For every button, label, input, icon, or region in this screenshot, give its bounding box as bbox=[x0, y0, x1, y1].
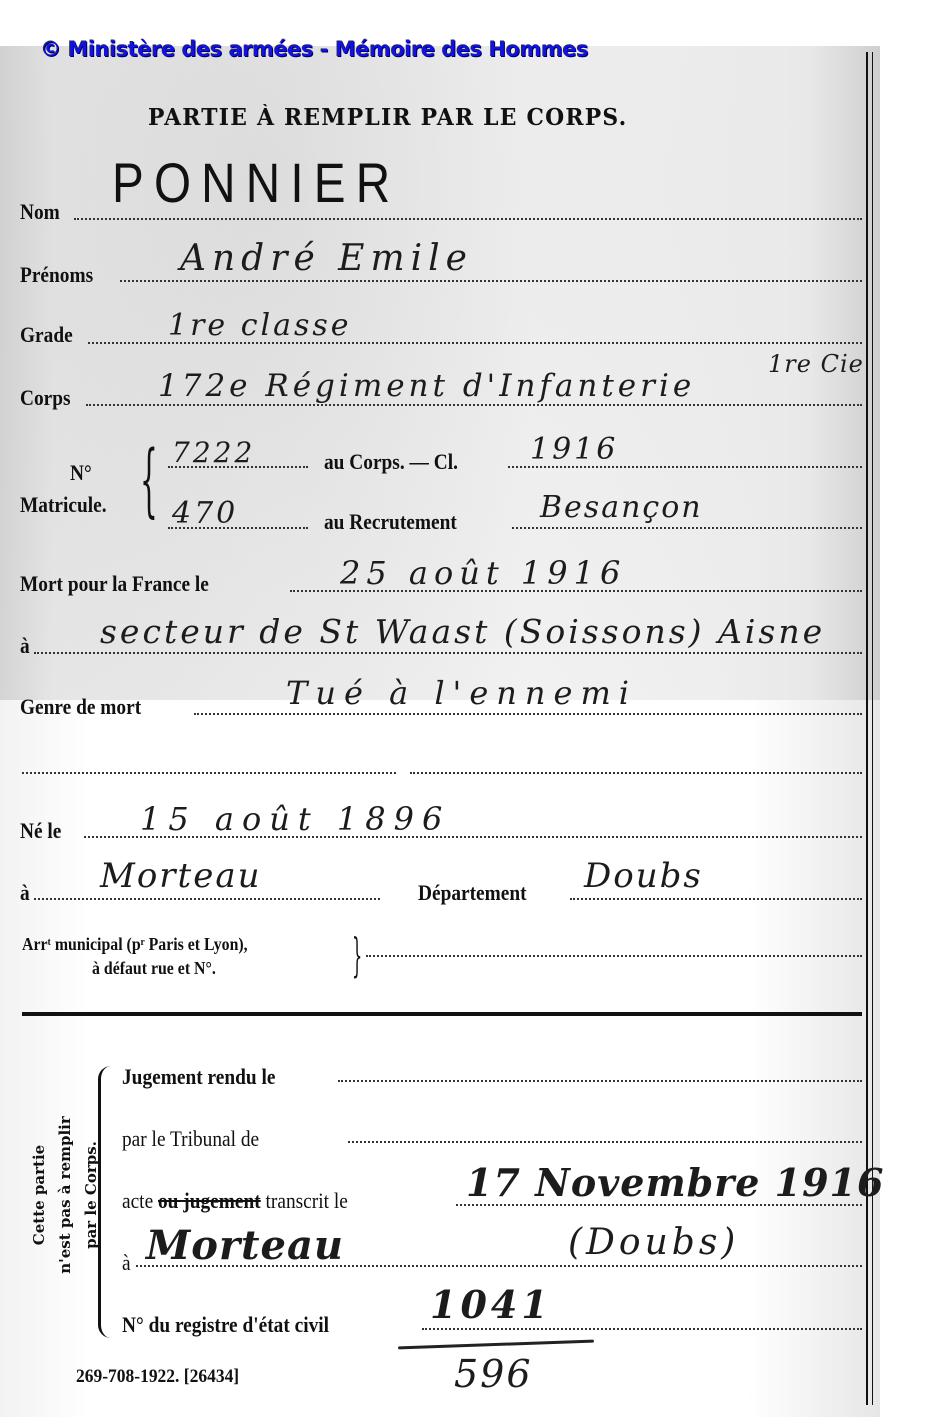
matricule-brace: { bbox=[140, 440, 158, 520]
ne-le-value: 15 août 1896 bbox=[140, 800, 450, 838]
matricule-corps-number: 7222 bbox=[172, 436, 255, 469]
form-heading: PARTIE À REMPLIR PAR LE CORPS. bbox=[148, 104, 628, 131]
matricule-recrutement-number: 470 bbox=[172, 496, 238, 531]
registre-dotted-line bbox=[422, 1328, 862, 1330]
prenoms-dotted-line bbox=[120, 280, 862, 282]
nom-dotted-line bbox=[74, 218, 862, 220]
ne-le-label: Né le bbox=[20, 818, 61, 844]
mort-date-label: Mort pour la France le bbox=[20, 571, 209, 597]
departement-label: Département bbox=[418, 880, 527, 906]
grade-value: 1re classe bbox=[168, 308, 352, 343]
jugement-dotted-line bbox=[338, 1080, 862, 1082]
mort-lieu-value: secteur de St Waast (Soissons) Aisne bbox=[100, 612, 825, 651]
acte-label-suffix: transcrit le bbox=[266, 1188, 348, 1213]
recrutement-dotted-line bbox=[512, 527, 862, 529]
tribunal-label: par le Tribunal de bbox=[122, 1126, 259, 1152]
acte-label: acte ou jugement transcrit le bbox=[122, 1188, 348, 1214]
recrutement-label: au Recrutement bbox=[324, 509, 457, 535]
side-note-line-2: n'est pas à remplir bbox=[52, 1080, 78, 1310]
acte-value: 17 Novembre 1916 bbox=[466, 1160, 884, 1205]
acte-label-prefix: acte bbox=[122, 1188, 153, 1213]
prenoms-value: André Emile bbox=[180, 238, 473, 279]
jugement-label: Jugement rendu le bbox=[122, 1064, 275, 1090]
departement-dotted-line bbox=[570, 898, 862, 900]
print-code: 269-708-1922. [26434] bbox=[76, 1366, 239, 1388]
arrondissement-label-line1: Arrᵗ municipal (pʳ Paris et Lyon), bbox=[22, 934, 248, 955]
corps-company-annotation: 1re Cie bbox=[768, 350, 864, 378]
civil-section-side-note: Cette partie n'est pas à remplir par le … bbox=[26, 1080, 104, 1310]
classe-value: 1916 bbox=[530, 432, 618, 467]
departement-value: Doubs bbox=[584, 856, 703, 896]
mort-lieu-label: à bbox=[20, 633, 30, 659]
nom-value: PONNIER bbox=[112, 150, 400, 215]
registre-label: N° du registre d'état civil bbox=[122, 1312, 329, 1338]
corps-dotted-line bbox=[86, 404, 862, 406]
mort-date-value: 25 août 1916 bbox=[340, 554, 626, 592]
matricule-label: Matricule. bbox=[20, 492, 107, 518]
corps-label: Corps bbox=[20, 385, 71, 411]
civil-section-bracket bbox=[98, 1066, 111, 1338]
nom-label: Nom bbox=[20, 199, 60, 225]
section-divider bbox=[22, 1012, 862, 1016]
copyright-watermark: © Ministère des armées - Mémoire des Hom… bbox=[40, 37, 588, 61]
matricule-label-no: N° bbox=[70, 460, 92, 486]
genre-mort-value: Tué à l'ennemi bbox=[286, 674, 637, 712]
mort-lieu-dotted-line bbox=[34, 652, 862, 654]
arrondissement-dotted-line bbox=[366, 955, 862, 957]
genre-mort-label: Genre de mort bbox=[20, 694, 141, 720]
lieu-label: à bbox=[122, 1250, 131, 1276]
registre-value: 1041 bbox=[430, 1282, 552, 1327]
arrondissement-brace: } bbox=[352, 932, 362, 978]
matricule-corps-label: au Corps. — Cl. bbox=[324, 449, 458, 475]
arrondissement-label-line2: à défaut rue et N°. bbox=[92, 958, 216, 979]
side-note-line-1: Cette partie bbox=[26, 1080, 52, 1310]
ne-a-dotted-line bbox=[34, 898, 380, 900]
recrutement-value: Besançon bbox=[540, 490, 703, 525]
registre-fraction-value: 596 bbox=[454, 1352, 533, 1396]
corps-value: 172e Régiment d'Infanterie bbox=[158, 368, 695, 404]
lieu-dept-value: (Doubs) bbox=[568, 1222, 739, 1263]
tribunal-dotted-line bbox=[348, 1141, 862, 1143]
ne-a-label: à bbox=[20, 880, 30, 906]
prenoms-label: Prénoms bbox=[20, 262, 93, 288]
grade-label: Grade bbox=[20, 322, 73, 348]
acte-label-struck: ou jugement bbox=[158, 1188, 261, 1213]
blank-dotted-line-left bbox=[22, 772, 396, 774]
lieu-value: Morteau bbox=[146, 1222, 344, 1269]
ne-a-value: Morteau bbox=[100, 856, 262, 896]
blank-dotted-line-right bbox=[410, 772, 862, 774]
genre-mort-dotted-line bbox=[194, 713, 862, 715]
